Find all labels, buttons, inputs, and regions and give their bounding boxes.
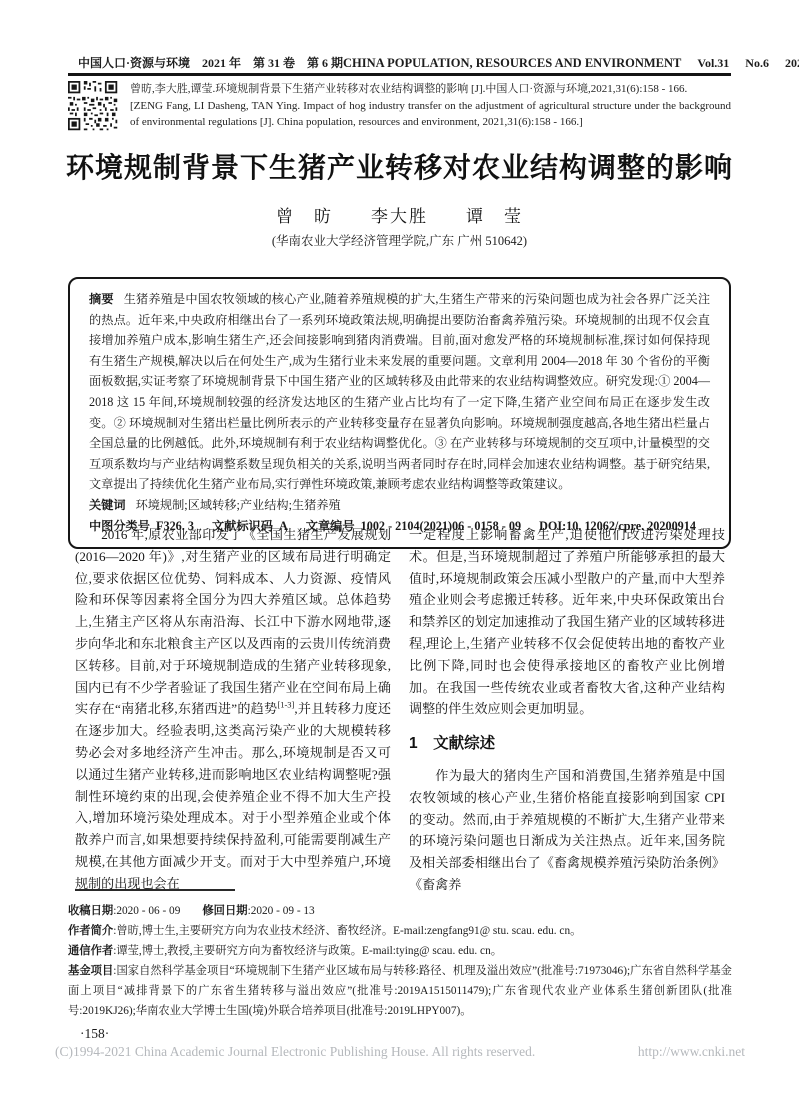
author-bio-label: 作者简介 — [68, 925, 113, 937]
journal-header: 中国人口·资源与环境 2021 年 第 31 卷 第 6 期 CHINA POP… — [78, 54, 724, 71]
revised-date-value: :2020 - 09 - 13 — [248, 905, 315, 917]
abstract-box: 摘要生猪养殖是中国农牧领域的核心产业,随着养殖规模的扩大,生猪生产带来的污染问题… — [68, 277, 731, 549]
section-heading-1: 1 文献综述 — [409, 733, 725, 755]
copyright-text: (C)1994-2021 China Academic Journal Elec… — [55, 1044, 535, 1060]
paper-page: 中国人口·资源与环境 2021 年 第 31 卷 第 6 期 CHINA POP… — [0, 0, 799, 1104]
copyright-line: (C)1994-2021 China Academic Journal Elec… — [55, 1044, 745, 1060]
body-left-column: 2016 年,原农业部印发了《全国生猪生产发展规划(2016—2020 年)》,… — [75, 524, 391, 895]
citation-cn: 曾昉,李大胜,谭莹.环境规制背景下生猪产业转移对农业结构调整的影响 [J].中国… — [130, 81, 731, 98]
section-1-paragraph: 作为最大的猪肉生产国和消费国,生猪养殖是中国农牧领域的核心产业,生猪价格能直接影… — [409, 765, 725, 896]
left-text-before-ref: 2016 年,原农业部印发了《全国生猪生产发展规划(2016—2020 年)》,… — [75, 527, 391, 716]
abstract-paragraph: 摘要生猪养殖是中国农牧领域的核心产业,随着养殖规模的扩大,生猪生产带来的污染问题… — [89, 289, 710, 495]
journal-year: 2021 — [785, 56, 799, 70]
footnote-divider — [75, 889, 235, 891]
abstract-label: 摘要 — [89, 292, 114, 306]
received-date-label: 收稿日期 — [68, 905, 113, 917]
abstract-text: 生猪养殖是中国农牧领域的核心产业,随着养殖规模的扩大,生猪生产带来的污染问题也成… — [89, 292, 710, 491]
citation-text: 曾昉,李大胜,谭莹.环境规制背景下生猪产业转移对农业结构调整的影响 [J].中国… — [130, 81, 731, 132]
reference-superscript: [1-3] — [277, 700, 294, 710]
body-paragraph-left: 2016 年,原农业部印发了《全国生猪生产发展规划(2016—2020 年)》,… — [75, 524, 391, 895]
qr-code-icon — [68, 81, 119, 132]
journal-vol: Vol.31 — [697, 56, 729, 70]
keywords-text: 环境规制;区域转移;产业结构;生猪养殖 — [136, 498, 341, 512]
journal-title-cn: 中国人口·资源与环境 2021 年 第 31 卷 第 6 期 — [78, 54, 343, 71]
revised-date-label: 修回日期 — [202, 905, 247, 917]
footnote-corresponding-author: 通信作者:谭莹,博士,教授,主要研究方向为畜牧经济与政策。E-mail:tyin… — [68, 941, 732, 961]
received-date-value: :2020 - 06 - 09 — [113, 905, 180, 917]
footnote-dates: 收稿日期:2020 - 06 - 09修回日期:2020 - 09 - 13 — [68, 901, 732, 921]
article-authors: 曾 昉 李大胜 谭 莹 — [0, 202, 799, 227]
funding-value: :国家自然科学基金项目“环境规制下生猪产业区域布局与转移:路径、机理及溢出效应”… — [68, 965, 732, 1017]
journal-no: No.6 — [745, 56, 769, 70]
article-title: 环境规制背景下生猪产业转移对农业结构调整的影响 — [0, 146, 799, 186]
footnote-block: 收稿日期:2020 - 06 - 09修回日期:2020 - 09 - 13 作… — [68, 901, 732, 1021]
journal-title-en: CHINA POPULATION, RESOURCES AND ENVIRONM… — [343, 56, 681, 71]
body-right-column: 一定程度上影响畜禽生产,迫使他们改进污染处理技术。但是,当环境规制超过了养殖户所… — [409, 524, 725, 896]
keywords-label: 关键词 — [89, 498, 126, 512]
corresponding-author-value: :谭莹,博士,教授,主要研究方向为畜牧经济与政策。E-mail:tying@ s… — [113, 945, 502, 957]
citation-en: [ZENG Fang, LI Dasheng, TAN Ying. Impact… — [130, 98, 731, 131]
funding-label: 基金项目 — [68, 965, 113, 977]
cnki-url: http://www.cnki.net — [638, 1044, 745, 1060]
corresponding-author-label: 通信作者 — [68, 945, 113, 957]
article-affiliation: (华南农业大学经济管理学院,广东 广州 510642) — [0, 231, 799, 249]
keywords-line: 关键词环境规制;区域转移;产业结构;生猪养殖 — [89, 495, 710, 516]
footnote-funding: 基金项目:国家自然科学基金项目“环境规制下生猪产业区域布局与转移:路径、机理及溢… — [68, 961, 732, 1021]
body-paragraph-right: 一定程度上影响畜禽生产,迫使他们改进污染处理技术。但是,当环境规制超过了养殖户所… — [409, 524, 725, 720]
page-number: ·158· — [80, 1026, 109, 1042]
journal-vol-issue: Vol.31No.62021 — [681, 56, 799, 71]
left-text-after-ref: ,并且转移力度还在逐步加大。经验表明,这类高污染产业的大规模转移势必会对多地经济… — [75, 701, 391, 890]
author-bio-value: :曾昉,博士生,主要研究方向为农业技术经济、畜牧经济。E-mail:zengfa… — [113, 925, 581, 937]
header-divider — [68, 73, 731, 76]
citation-block: 曾昉,李大胜,谭莹.环境规制背景下生猪产业转移对农业结构调整的影响 [J].中国… — [68, 81, 731, 132]
footnote-author-bio: 作者简介:曾昉,博士生,主要研究方向为农业技术经济、畜牧经济。E-mail:ze… — [68, 921, 732, 941]
